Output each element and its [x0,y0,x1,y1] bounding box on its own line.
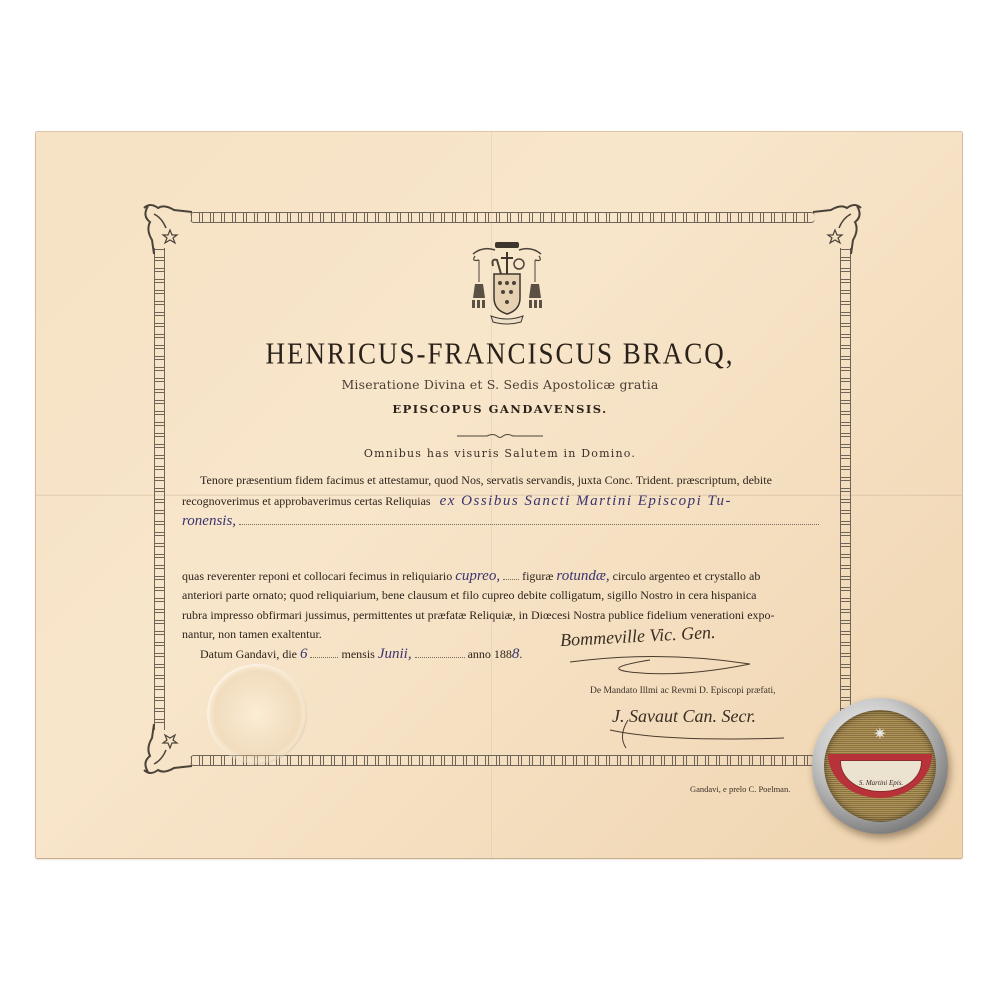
reliquary-window: ✷ S. Martini Epis. [824,710,936,822]
body-line-2: recognoverimus et approbaverimus certas … [182,493,732,510]
body-text: recognoverimus et approbaverimus certas … [182,494,431,508]
handwritten-month: Junii, [378,646,412,662]
date-suffix: . [519,647,522,661]
fill-in-dotted-line [415,657,465,658]
fill-in-dotted-line [239,524,819,525]
handwritten-relic-name: ex Ossibus Sancti Martini Episcopi Tu- [440,493,732,509]
body-text: figuræ [522,569,553,583]
bishop-name-title: HENRICUS-FRANCISCUS BRACQ, [0,336,1000,372]
handwritten-day: 6 [300,646,308,662]
handwritten-relic-name-cont: ronensis, [182,513,236,529]
ornamental-divider-icon [457,432,543,440]
salutation: Omnibus has visuris Salutem in Domino. [0,447,1000,460]
body-line-4: quas reverenter reponi et collocari feci… [182,568,760,585]
chain-border-top [190,212,815,223]
body-text: Tenore præsentium fidem facimus et attes… [200,473,772,487]
bishop-office: EPISCOPUS GANDAVENSIS. [0,402,1000,416]
chain-border-bottom [190,755,815,766]
ornament-corner-icon [140,722,196,778]
ornament-corner-icon [140,200,196,256]
body-line-5: anteriori parte ornato; quod reliquiariu… [182,588,757,603]
body-text: circulo argenteo et crystallo ab [613,569,761,583]
date-prefix: Datum Gandavi, die [200,647,297,661]
chain-border-left [154,248,165,730]
coat-of-arms-icon [467,238,547,326]
date-year-label: anno 188 [468,647,512,661]
body-line-1: Tenore præsentium fidem facimus et attes… [200,473,772,488]
mandate-line: De Mandato Illmi ac Revmi D. Episcopi pr… [590,686,775,696]
signature-flourish-icon [604,716,804,750]
body-text: quas reverenter reponi et collocari feci… [182,569,452,583]
body-line-3: ronensis, [182,513,819,530]
fill-in-dotted-line [503,579,519,580]
date-month-label: mensis [341,647,374,661]
bishop-subtitle: Miseratione Divina et S. Sedis Apostolic… [0,377,1000,392]
handwritten-shape: rotundæ, [556,568,609,584]
embossed-seal [207,664,307,764]
body-line-7: nantur, non tamen exaltentur. [182,627,322,642]
ornament-corner-icon [809,200,865,256]
printer-credit: Gandavi, e prelo C. Poelman. [690,784,790,794]
fill-in-dotted-line [310,657,338,658]
handwritten-material: cupreo, [455,568,500,584]
date-line: Datum Gandavi, die 6 mensis Junii, anno … [200,646,522,663]
reliquary-case: ✷ S. Martini Epis. [812,698,948,834]
relic-star-icon: ✷ [873,728,887,742]
chain-border-right [840,248,851,730]
signature-flourish-icon [560,650,760,680]
body-line-6: rubra impresso obfirmari jussimus, permi… [182,608,775,623]
